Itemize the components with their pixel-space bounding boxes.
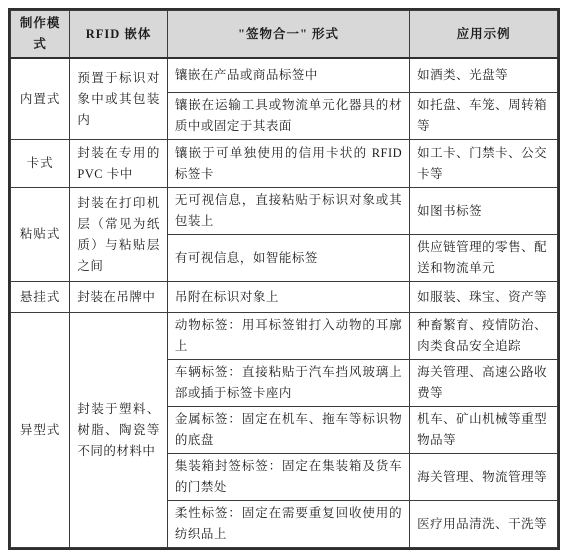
- example-cell: 医疗用品清洗、干洗等: [410, 501, 558, 548]
- rfid-tag-types-table: 制作模式 RFID 嵌体 "签物合一" 形式 应用示例 内置式 预置于标识对象中…: [8, 8, 560, 550]
- header-tag-object-form: "签物合一" 形式: [167, 11, 409, 59]
- table-row: 卡式 封装在专用的 PVC 卡中 镶嵌于可单独使用的信用卡状的 RFID 标签卡…: [11, 140, 558, 188]
- mode-adhesive: 粘贴式: [11, 188, 70, 282]
- form-cell: 无可视信息，直接粘贴于标识对象或其包装上: [167, 188, 409, 235]
- mode-special-shape: 异型式: [11, 313, 70, 548]
- example-cell: 如图书标签: [410, 188, 558, 235]
- form-cell: 有可视信息，如智能标签: [167, 235, 409, 282]
- mode-hanging: 悬挂式: [11, 282, 70, 313]
- example-cell: 种畜繁育、疫情防治、肉类食品安全追踪: [410, 313, 558, 360]
- mode-card: 卡式: [11, 140, 70, 188]
- mode-builtin: 内置式: [11, 58, 70, 140]
- header-application-examples: 应用示例: [410, 11, 558, 59]
- table-row: 异型式 封装于塑料、树脂、陶瓷等不同的材料中 动物标签：用耳标签钳打入动物的耳廓…: [11, 313, 558, 360]
- form-cell: 车辆标签：直接粘贴于汽车挡风玻璃上部或插于标签卡座内: [167, 360, 409, 407]
- form-cell: 柔性标签：固定在需要重复回收使用的纺织品上: [167, 501, 409, 548]
- example-cell: 海关管理、物流管理等: [410, 454, 558, 501]
- table-row: 粘贴式 封装在打印机层（常见为纸质）与粘贴层之间 无可视信息，直接粘贴于标识对象…: [11, 188, 558, 235]
- example-cell: 海关管理、高速公路收费等: [410, 360, 558, 407]
- table-row: 悬挂式 封装在吊牌中 吊附在标识对象上 如服装、珠宝、资产等: [11, 282, 558, 313]
- inlay-builtin: 预置于标识对象中或其包装内: [70, 58, 168, 140]
- inlay-special-shape: 封装于塑料、树脂、陶瓷等不同的材料中: [70, 313, 168, 548]
- table-header-row: 制作模式 RFID 嵌体 "签物合一" 形式 应用示例: [11, 11, 558, 59]
- form-cell: 集装箱封签标签：固定在集装箱及货车的门禁处: [167, 454, 409, 501]
- form-cell: 吊附在标识对象上: [167, 282, 409, 313]
- form-cell: 动物标签：用耳标签钳打入动物的耳廓上: [167, 313, 409, 360]
- example-cell: 如酒类、光盘等: [410, 58, 558, 93]
- example-cell: 如服装、珠宝、资产等: [410, 282, 558, 313]
- form-cell: 镶嵌在运输工具或物流单元化器具的材质中或固定于其表面: [167, 93, 409, 140]
- rfid-table: 制作模式 RFID 嵌体 "签物合一" 形式 应用示例 内置式 预置于标识对象中…: [10, 10, 558, 548]
- inlay-hanging: 封装在吊牌中: [70, 282, 168, 313]
- example-cell: 机车、矿山机械等重型物品等: [410, 407, 558, 454]
- form-cell: 镶嵌于可单独使用的信用卡状的 RFID 标签卡: [167, 140, 409, 188]
- inlay-adhesive: 封装在打印机层（常见为纸质）与粘贴层之间: [70, 188, 168, 282]
- example-cell: 如工卡、门禁卡、公交卡等: [410, 140, 558, 188]
- form-cell: 金属标签：固定在机车、拖车等标识物的底盘: [167, 407, 409, 454]
- header-production-mode: 制作模式: [11, 11, 70, 59]
- header-rfid-inlay: RFID 嵌体: [70, 11, 168, 59]
- example-cell: 如托盘、车笼、周转箱等: [410, 93, 558, 140]
- example-cell: 供应链管理的零售、配送和物流单元: [410, 235, 558, 282]
- inlay-card: 封装在专用的 PVC 卡中: [70, 140, 168, 188]
- table-row: 内置式 预置于标识对象中或其包装内 镶嵌在产品或商品标签中 如酒类、光盘等: [11, 58, 558, 93]
- form-cell: 镶嵌在产品或商品标签中: [167, 58, 409, 93]
